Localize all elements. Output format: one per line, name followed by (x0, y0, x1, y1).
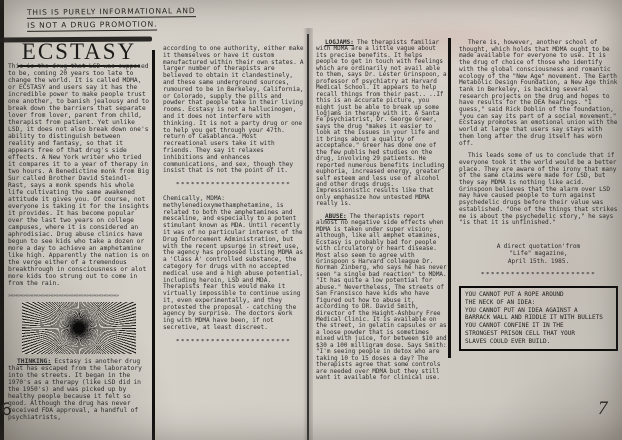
quote-line: YOU CANNOT PUT AN IDEA AGAINST A (465, 307, 613, 315)
section-body: The therapists familiar with MDMA are a … (316, 39, 447, 207)
body-paragraph: This leads some of us to conclude that i… (459, 153, 618, 227)
quote-line: SLAVES COULD EVER BUILD. (465, 338, 613, 346)
column-rule (152, 50, 155, 440)
section-body: Ecstasy is another drug that has escaped… (8, 358, 142, 421)
column-rule (307, 34, 309, 440)
column-3: LOGJAMS: The therapists familiar with MD… (316, 40, 447, 388)
asterisk-divider: *********************** (163, 182, 304, 189)
attribution-line: A direct quotation'from (459, 243, 618, 250)
body-paragraph: This is the drug that LSD was supposed t… (8, 63, 150, 287)
column-4: There is, however, another school of tho… (459, 40, 618, 351)
source-attribution: A direct quotation'from "Life" magazine,… (459, 243, 618, 265)
scan-edge (0, 0, 4, 440)
quote-line: BARRACK WALL AND RIDDLE IT WITH BULLETS (465, 314, 613, 322)
column-1: ECSTASY This is the drug that LSD was su… (8, 48, 150, 427)
handwritten-line: THIS IS PURELY INFORMATIONAL AND (27, 6, 196, 19)
handwritten-line: IS NOT A DRUG PROMOTION. (27, 20, 157, 32)
attribution-line: April 15th. 1985. (459, 258, 618, 265)
op-art-moire-graphic (22, 302, 136, 354)
section-body: The therapists report almost no negative… (316, 213, 447, 381)
body-paragraph: There is, however, another school of tho… (459, 40, 618, 147)
body-paragraph: Chemically, MDMA: methylenedioxymethamph… (163, 196, 304, 332)
article-title: ECSTASY (14, 48, 144, 55)
asterisk-divider: *********************** (459, 272, 618, 279)
squiggle-divider: »»»»»»»»»»»»»»»»»»»»»»»»»»»»»»»»»»»»»»»»… (8, 293, 150, 300)
column-2: according to one authority, either make … (163, 46, 304, 353)
body-paragraph: according to one authority, either make … (163, 46, 304, 175)
quote-line: YOU CANNOT PUT A ROPE AROUND (465, 291, 613, 299)
body-paragraph: LOGJAMS: The therapists familiar with MD… (316, 40, 447, 208)
quote-line: THE NECK OF AN IDEA: (465, 299, 613, 307)
column-rule (448, 38, 451, 358)
page-number-right: 7 (598, 398, 608, 420)
scanned-zine-spread: THIS IS PURELY INFORMATIONAL AND IS NOT … (0, 0, 622, 440)
handwritten-disclaimer: THIS IS PURELY INFORMATIONAL AND IS NOT … (27, 6, 196, 34)
body-paragraph: ABUSE: The therapists report almost no n… (316, 214, 447, 382)
asterisk-divider: *********************** (163, 339, 304, 346)
attribution-line: "Life" magazine, (459, 250, 618, 257)
quote-line: STRONGEST PRISON CELL THAT YOUR (465, 330, 613, 338)
quote-line: YOU CANNOT CONFINE IT IN THE (465, 322, 613, 330)
section-heading-thinking: THINKING: (17, 358, 51, 365)
boxed-quote: YOU CANNOT PUT A ROPE AROUND THE NECK OF… (459, 286, 618, 352)
body-paragraph: THINKING: Ecstasy is another drug that h… (8, 358, 150, 421)
